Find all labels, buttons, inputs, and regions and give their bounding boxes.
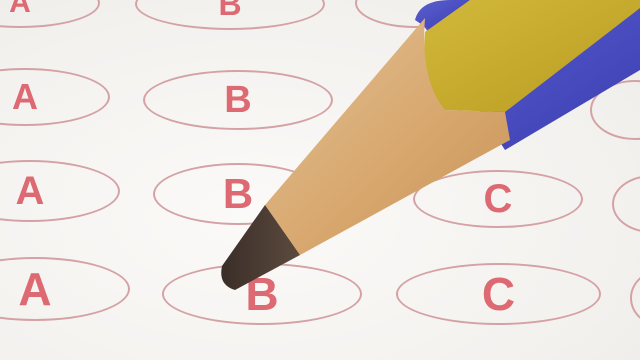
pencil-illustration <box>0 0 640 360</box>
